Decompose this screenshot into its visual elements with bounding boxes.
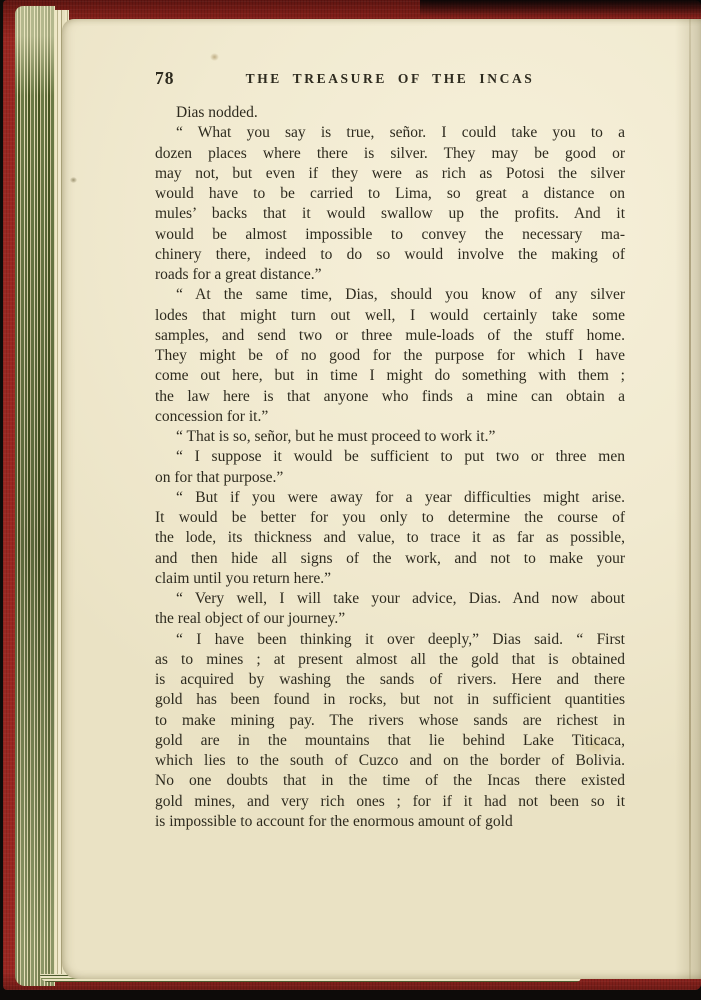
text-line: concession for it.”: [155, 407, 625, 427]
text-line: is impossible to account for the enormou…: [155, 812, 625, 832]
foxing-stain: [70, 177, 77, 183]
foxing-stain: [210, 53, 219, 61]
text-line: the law here is that anyone who finds a …: [155, 387, 625, 407]
text-line: “ I suppose it would be sufficient to pu…: [155, 447, 625, 467]
running-head: THE TREASURE OF THE INCAS: [155, 71, 625, 87]
text-line: They might be of no good for the purpose…: [155, 346, 625, 366]
gutter-shade: [675, 19, 701, 979]
page-header: 78 THE TREASURE OF THE INCAS: [155, 68, 625, 90]
gutter-crease-line: [689, 19, 691, 979]
text-line: It would be better for you only to deter…: [155, 508, 625, 528]
text-line: gold has been found in rocks, but not in…: [155, 690, 625, 710]
text-line: samples, and send two or three mule-load…: [155, 326, 625, 346]
text-line: dozen places where there is silver. They…: [155, 144, 625, 164]
text-line: may not, but even if they were as rich a…: [155, 164, 625, 184]
text-line: “ Very well, I will take your advice, Di…: [155, 589, 625, 609]
text-line: roads for a great distance.”: [155, 265, 625, 285]
text-line: “ That is so, señor, but he must proceed…: [155, 427, 625, 447]
text-line: gold are in the mountains that lie behin…: [155, 731, 625, 751]
text-line: No one doubts that in the time of the In…: [155, 771, 625, 791]
text-line: claim until you return here.”: [155, 569, 625, 589]
page-edge-stack-left: [15, 6, 55, 986]
text-line: the lode, its thickness and value, to tr…: [155, 528, 625, 548]
text-line: would be almost impossible to convey the…: [155, 225, 625, 245]
book-page: 78 THE TREASURE OF THE INCAS Dias nodded…: [62, 19, 701, 979]
text-block: Dias nodded.“ What you say is true, seño…: [155, 103, 625, 832]
text-line: come out here, but in time I might do so…: [155, 366, 625, 386]
text-line: “ At the same time, Dias, should you kno…: [155, 285, 625, 305]
text-line: as to mines ; at present almost all the …: [155, 650, 625, 670]
text-line: “ I have been thinking it over deeply,” …: [155, 630, 625, 650]
text-line: the real object of our journey.”: [155, 609, 625, 629]
text-line: would have to be carried to Lima, so gre…: [155, 184, 625, 204]
text-line: is acquired by washing the sands of rive…: [155, 670, 625, 690]
text-line: lodes that might turn out well, I would …: [155, 306, 625, 326]
text-line: “ But if you were away for a year diffic…: [155, 488, 625, 508]
text-line: on for that purpose.”: [155, 468, 625, 488]
text-line: mules’ backs that it would swallow up th…: [155, 204, 625, 224]
text-line: chinery there, indeed to do so would inv…: [155, 245, 625, 265]
book-scan: 78 THE TREASURE OF THE INCAS Dias nodded…: [0, 0, 701, 1000]
text-line: “ What you say is true, señor. I could t…: [155, 123, 625, 143]
text-line: Dias nodded.: [155, 103, 625, 123]
text-line: gold mines, and very rich ones ; for if …: [155, 792, 625, 812]
text-line: which lies to the south of Cuzco and on …: [155, 751, 625, 771]
text-line: to make mining pay. The rivers whose san…: [155, 711, 625, 731]
top-shadow: [420, 0, 701, 16]
text-line: and then hide all signs of the work, and…: [155, 549, 625, 569]
